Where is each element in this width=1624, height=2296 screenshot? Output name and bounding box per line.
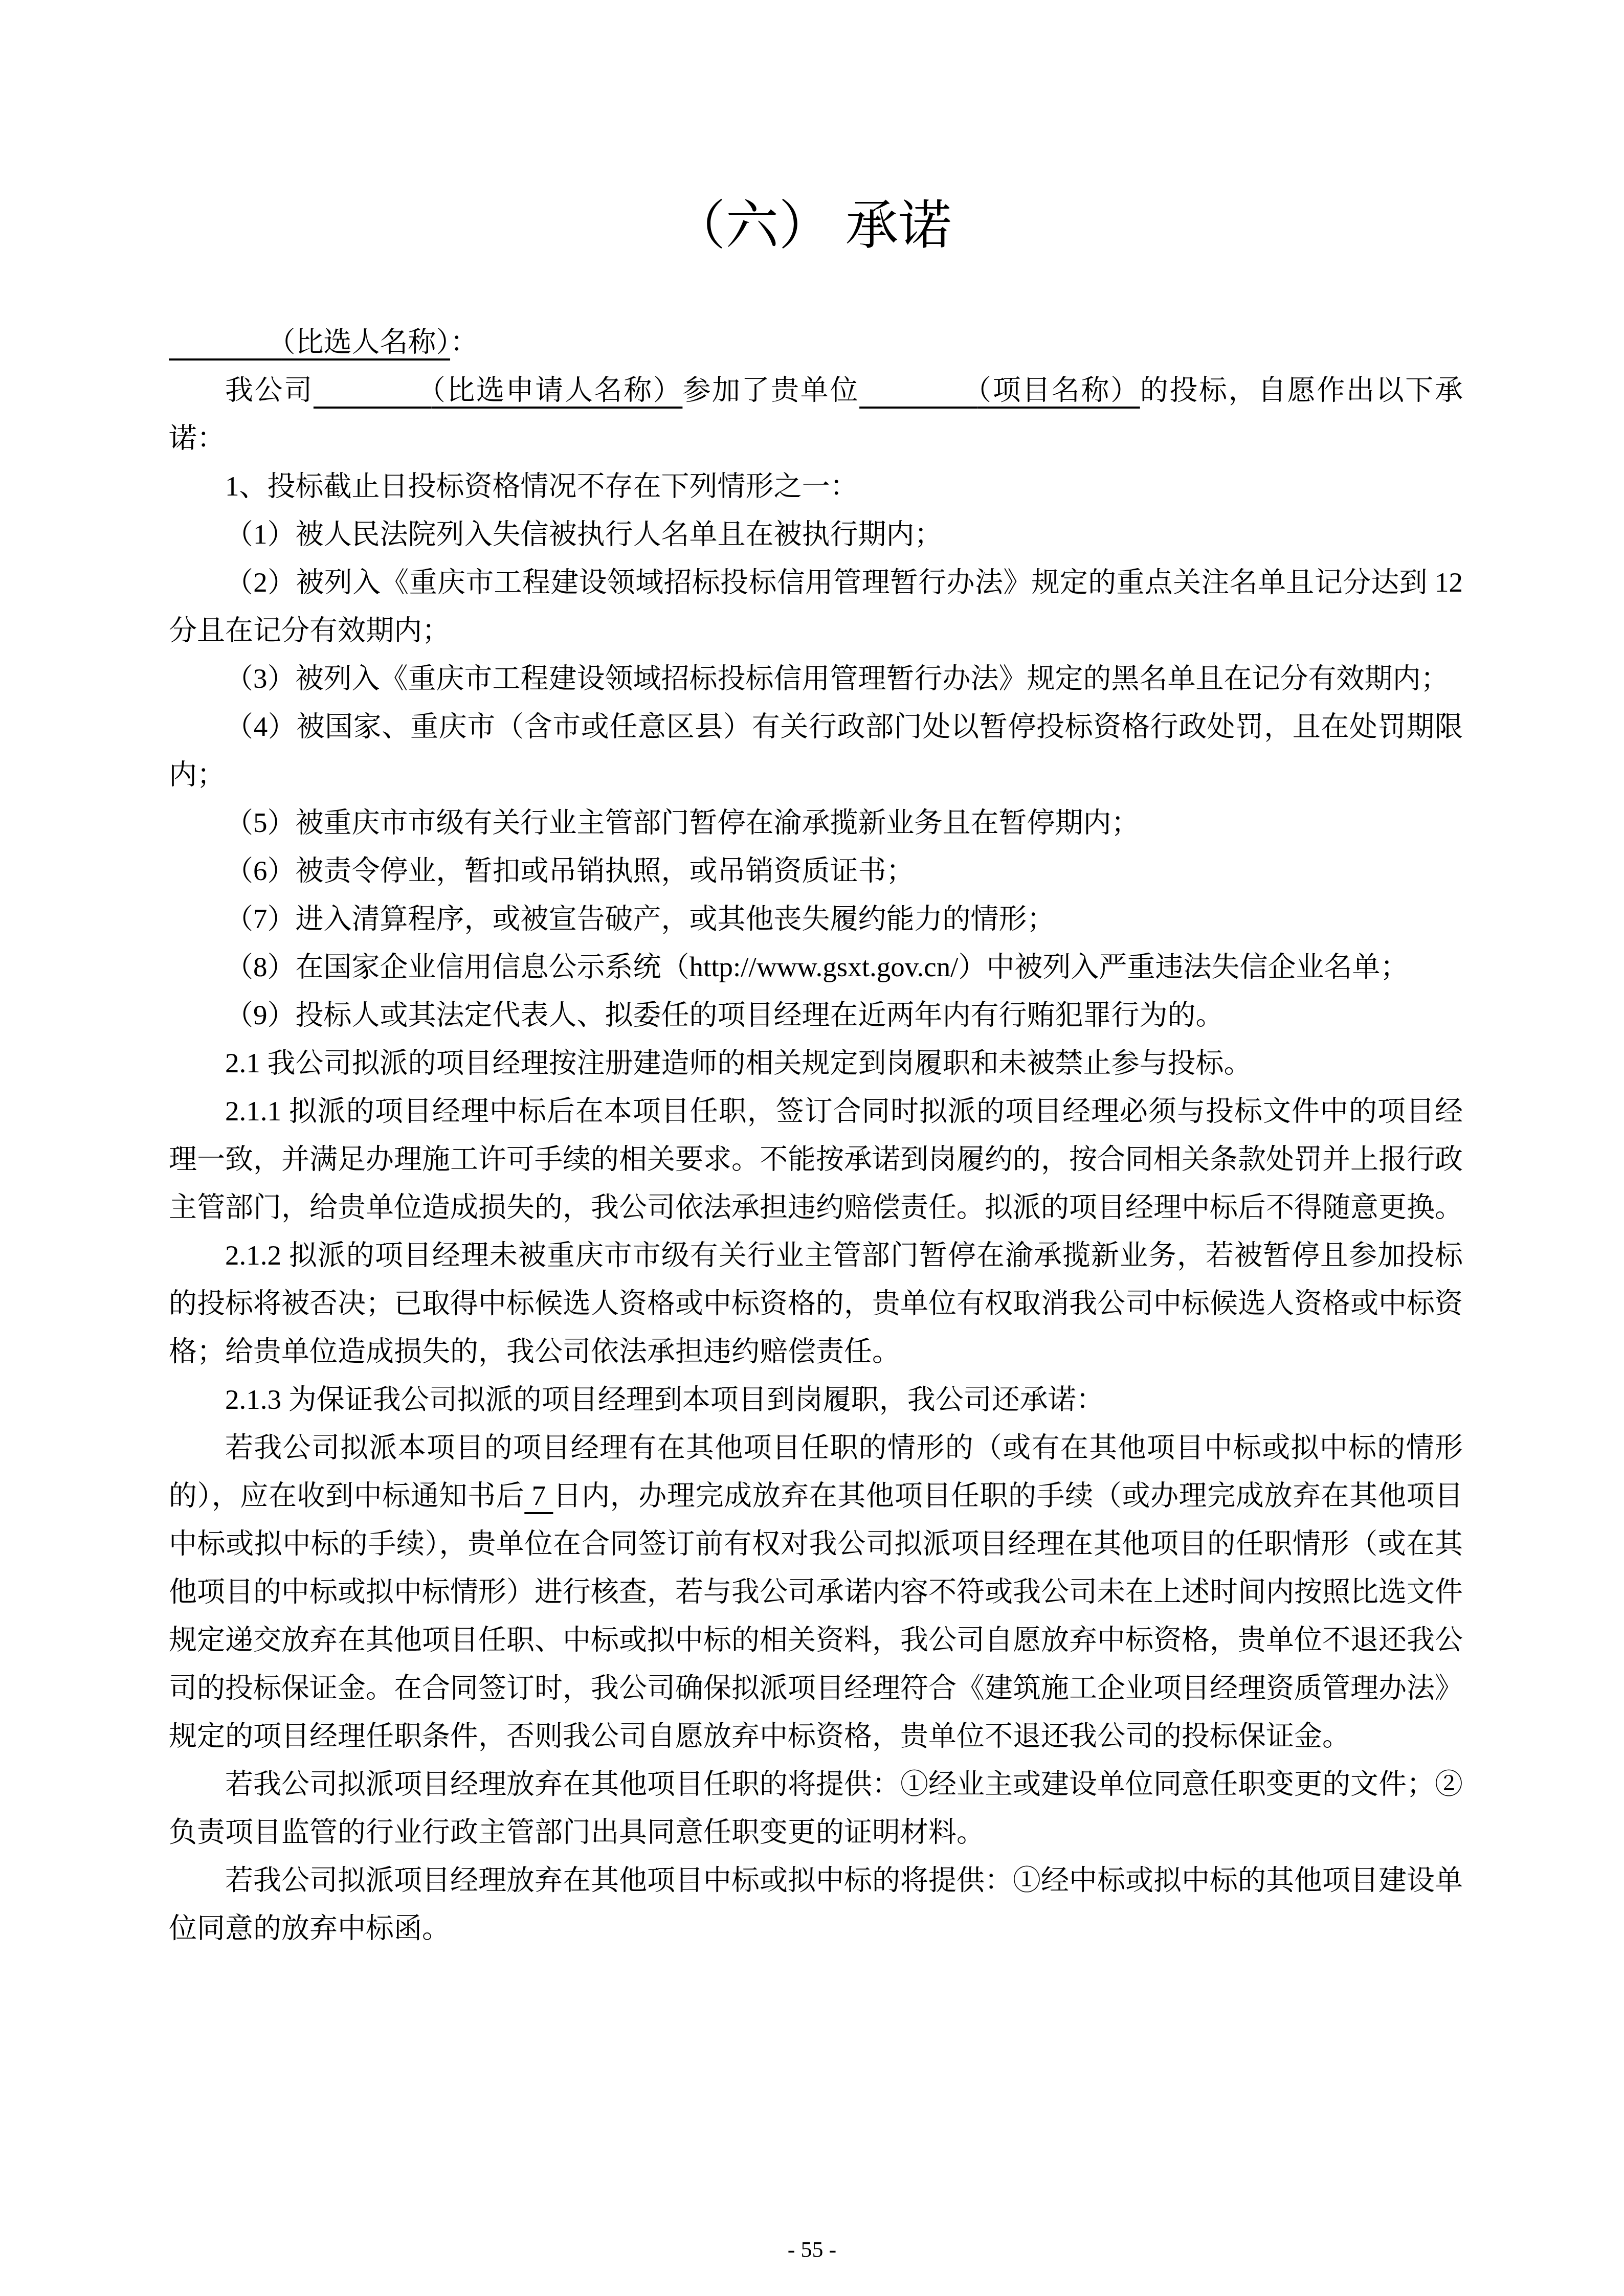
text-run: 我公司: [225, 374, 314, 406]
text-run: 若我公司拟派项目经理放弃在其他项目任职的将提供：①经业主或建设单位同意任职变更的…: [169, 1768, 1463, 1848]
text-run: 2.1 我公司拟派的项目经理按注册建造师的相关规定到岗履职和未被禁止参与投标。: [225, 1047, 1252, 1078]
text-run: （9）投标人或其法定代表人、拟委任的项目经理在近两年内有行贿犯罪行为的。: [225, 999, 1224, 1030]
clause-2-1: 2.1 我公司拟派的项目经理按注册建造师的相关规定到岗履职和未被禁止参与投标。: [169, 1039, 1463, 1087]
underlined-text: [859, 374, 977, 406]
resign-other-post-docs: 若我公司拟派项目经理放弃在其他项目任职的将提供：①经业主或建设单位同意任职变更的…: [169, 1760, 1463, 1856]
underlined-text: 7: [524, 1480, 553, 1511]
text-run: 参加了贵单位: [682, 374, 859, 406]
text-run: 若我公司拟派项目经理放弃在其他项目中标或拟中标的将提供：①经中标或拟中标的其他项…: [169, 1864, 1463, 1944]
document-page: （六） 承诺 （比选人名称）：我公司 （比选申请人名称）参加了贵单位 （项目名称…: [0, 0, 1624, 2296]
text-run: （5）被重庆市市级有关行业主管部门暂停在渝承揽新业务且在暂停期内；: [225, 807, 1140, 838]
commitment-other-projects: 若我公司拟派本项目的项目经理有在其他项目任职的情形的（或有在其他项目中标或拟中标…: [169, 1424, 1463, 1760]
underlined-text: [169, 326, 281, 357]
text-run: （4）被国家、重庆市（含市或任意区县）有关行政部门处以暂停投标资格行政处罚，且在…: [169, 711, 1463, 790]
underlined-text: （比选申请人名称）: [431, 374, 682, 406]
text-run: （2）被列入《重庆市工程建设领域招标投标信用管理暂行办法》规定的重点关注名单且记…: [169, 567, 1463, 646]
text-run: 2.1.1 拟派的项目经理中标后在本项目任职，签订合同时拟派的项目经理必须与投标…: [169, 1095, 1463, 1223]
item-3: （3）被列入《重庆市工程建设领域招标投标信用管理暂行办法》规定的黑名单且在记分有…: [169, 655, 1463, 703]
clause-2-1-1: 2.1.1 拟派的项目经理中标后在本项目任职，签订合同时拟派的项目经理必须与投标…: [169, 1087, 1463, 1231]
clause-2-1-3: 2.1.3 为保证我公司拟派的项目经理到本项目到岗履职，我公司还承诺：: [169, 1376, 1463, 1424]
text-run: （8）在国家企业信用信息公示系统（http://www.gsxt.gov.cn/…: [225, 951, 1409, 982]
addressee-line: （比选人名称）：: [169, 318, 1463, 366]
item-9: （9）投标人或其法定代表人、拟委任的项目经理在近两年内有行贿犯罪行为的。: [169, 991, 1463, 1039]
underlined-text: （比选人名称）: [281, 326, 450, 357]
text-run: （6）被责令停业，暂扣或吊销执照，或吊销资质证书；: [225, 855, 915, 886]
text-run: （7）进入清算程序，或被宣告破产，或其他丧失履约能力的情形；: [225, 903, 1055, 934]
page-number: - 55 -: [0, 2236, 1624, 2264]
text-run: 2.1.3 为保证我公司拟派的项目经理到本项目到岗履职，我公司还承诺：: [225, 1384, 1104, 1415]
waive-other-award-docs: 若我公司拟派项目经理放弃在其他项目中标或拟中标的将提供：①经中标或拟中标的其他项…: [169, 1856, 1463, 1952]
text-run: 1、投标截止日投标资格情况不存在下列情形之一：: [225, 470, 858, 502]
item-8: （8）在国家企业信用信息公示系统（http://www.gsxt.gov.cn/…: [169, 943, 1463, 991]
item-5: （5）被重庆市市级有关行业主管部门暂停在渝承揽新业务且在暂停期内；: [169, 799, 1463, 847]
text-run: （1）被人民法院列入失信被执行人名单且在被执行期内；: [225, 519, 943, 550]
text-run: （3）被列入《重庆市工程建设领域招标投标信用管理暂行办法》规定的黑名单且在记分有…: [225, 663, 1449, 694]
document-body: （比选人名称）：我公司 （比选申请人名称）参加了贵单位 （项目名称）的投标，自愿…: [169, 318, 1463, 1952]
text-run: ：: [450, 326, 478, 357]
item-7: （7）进入清算程序，或被宣告破产，或其他丧失履约能力的情形；: [169, 895, 1463, 943]
clause-1: 1、投标截止日投标资格情况不存在下列情形之一：: [169, 462, 1463, 510]
clause-2-1-2: 2.1.2 拟派的项目经理未被重庆市市级有关行业主管部门暂停在渝承揽新业务，若被…: [169, 1231, 1463, 1376]
underlined-text: [314, 374, 431, 406]
text-run: 日内，办理完成放弃在其他项目任职的手续（或办理完成放弃在其他项目中标或拟中标的手…: [169, 1480, 1463, 1751]
item-1: （1）被人民法院列入失信被执行人名单且在被执行期内；: [169, 510, 1463, 558]
item-4: （4）被国家、重庆市（含市或任意区县）有关行政部门处以暂停投标资格行政处罚，且在…: [169, 703, 1463, 799]
item-6: （6）被责令停业，暂扣或吊销执照，或吊销资质证书；: [169, 847, 1463, 895]
page-title: （六） 承诺: [0, 193, 1624, 260]
text-run: 2.1.2 拟派的项目经理未被重庆市市级有关行业主管部门暂停在渝承揽新业务，若被…: [169, 1240, 1463, 1367]
intro-paragraph: 我公司 （比选申请人名称）参加了贵单位 （项目名称）的投标，自愿作出以下承诺：: [169, 366, 1463, 462]
underlined-text: （项目名称）: [977, 374, 1140, 406]
item-2: （2）被列入《重庆市工程建设领域招标投标信用管理暂行办法》规定的重点关注名单且记…: [169, 558, 1463, 655]
